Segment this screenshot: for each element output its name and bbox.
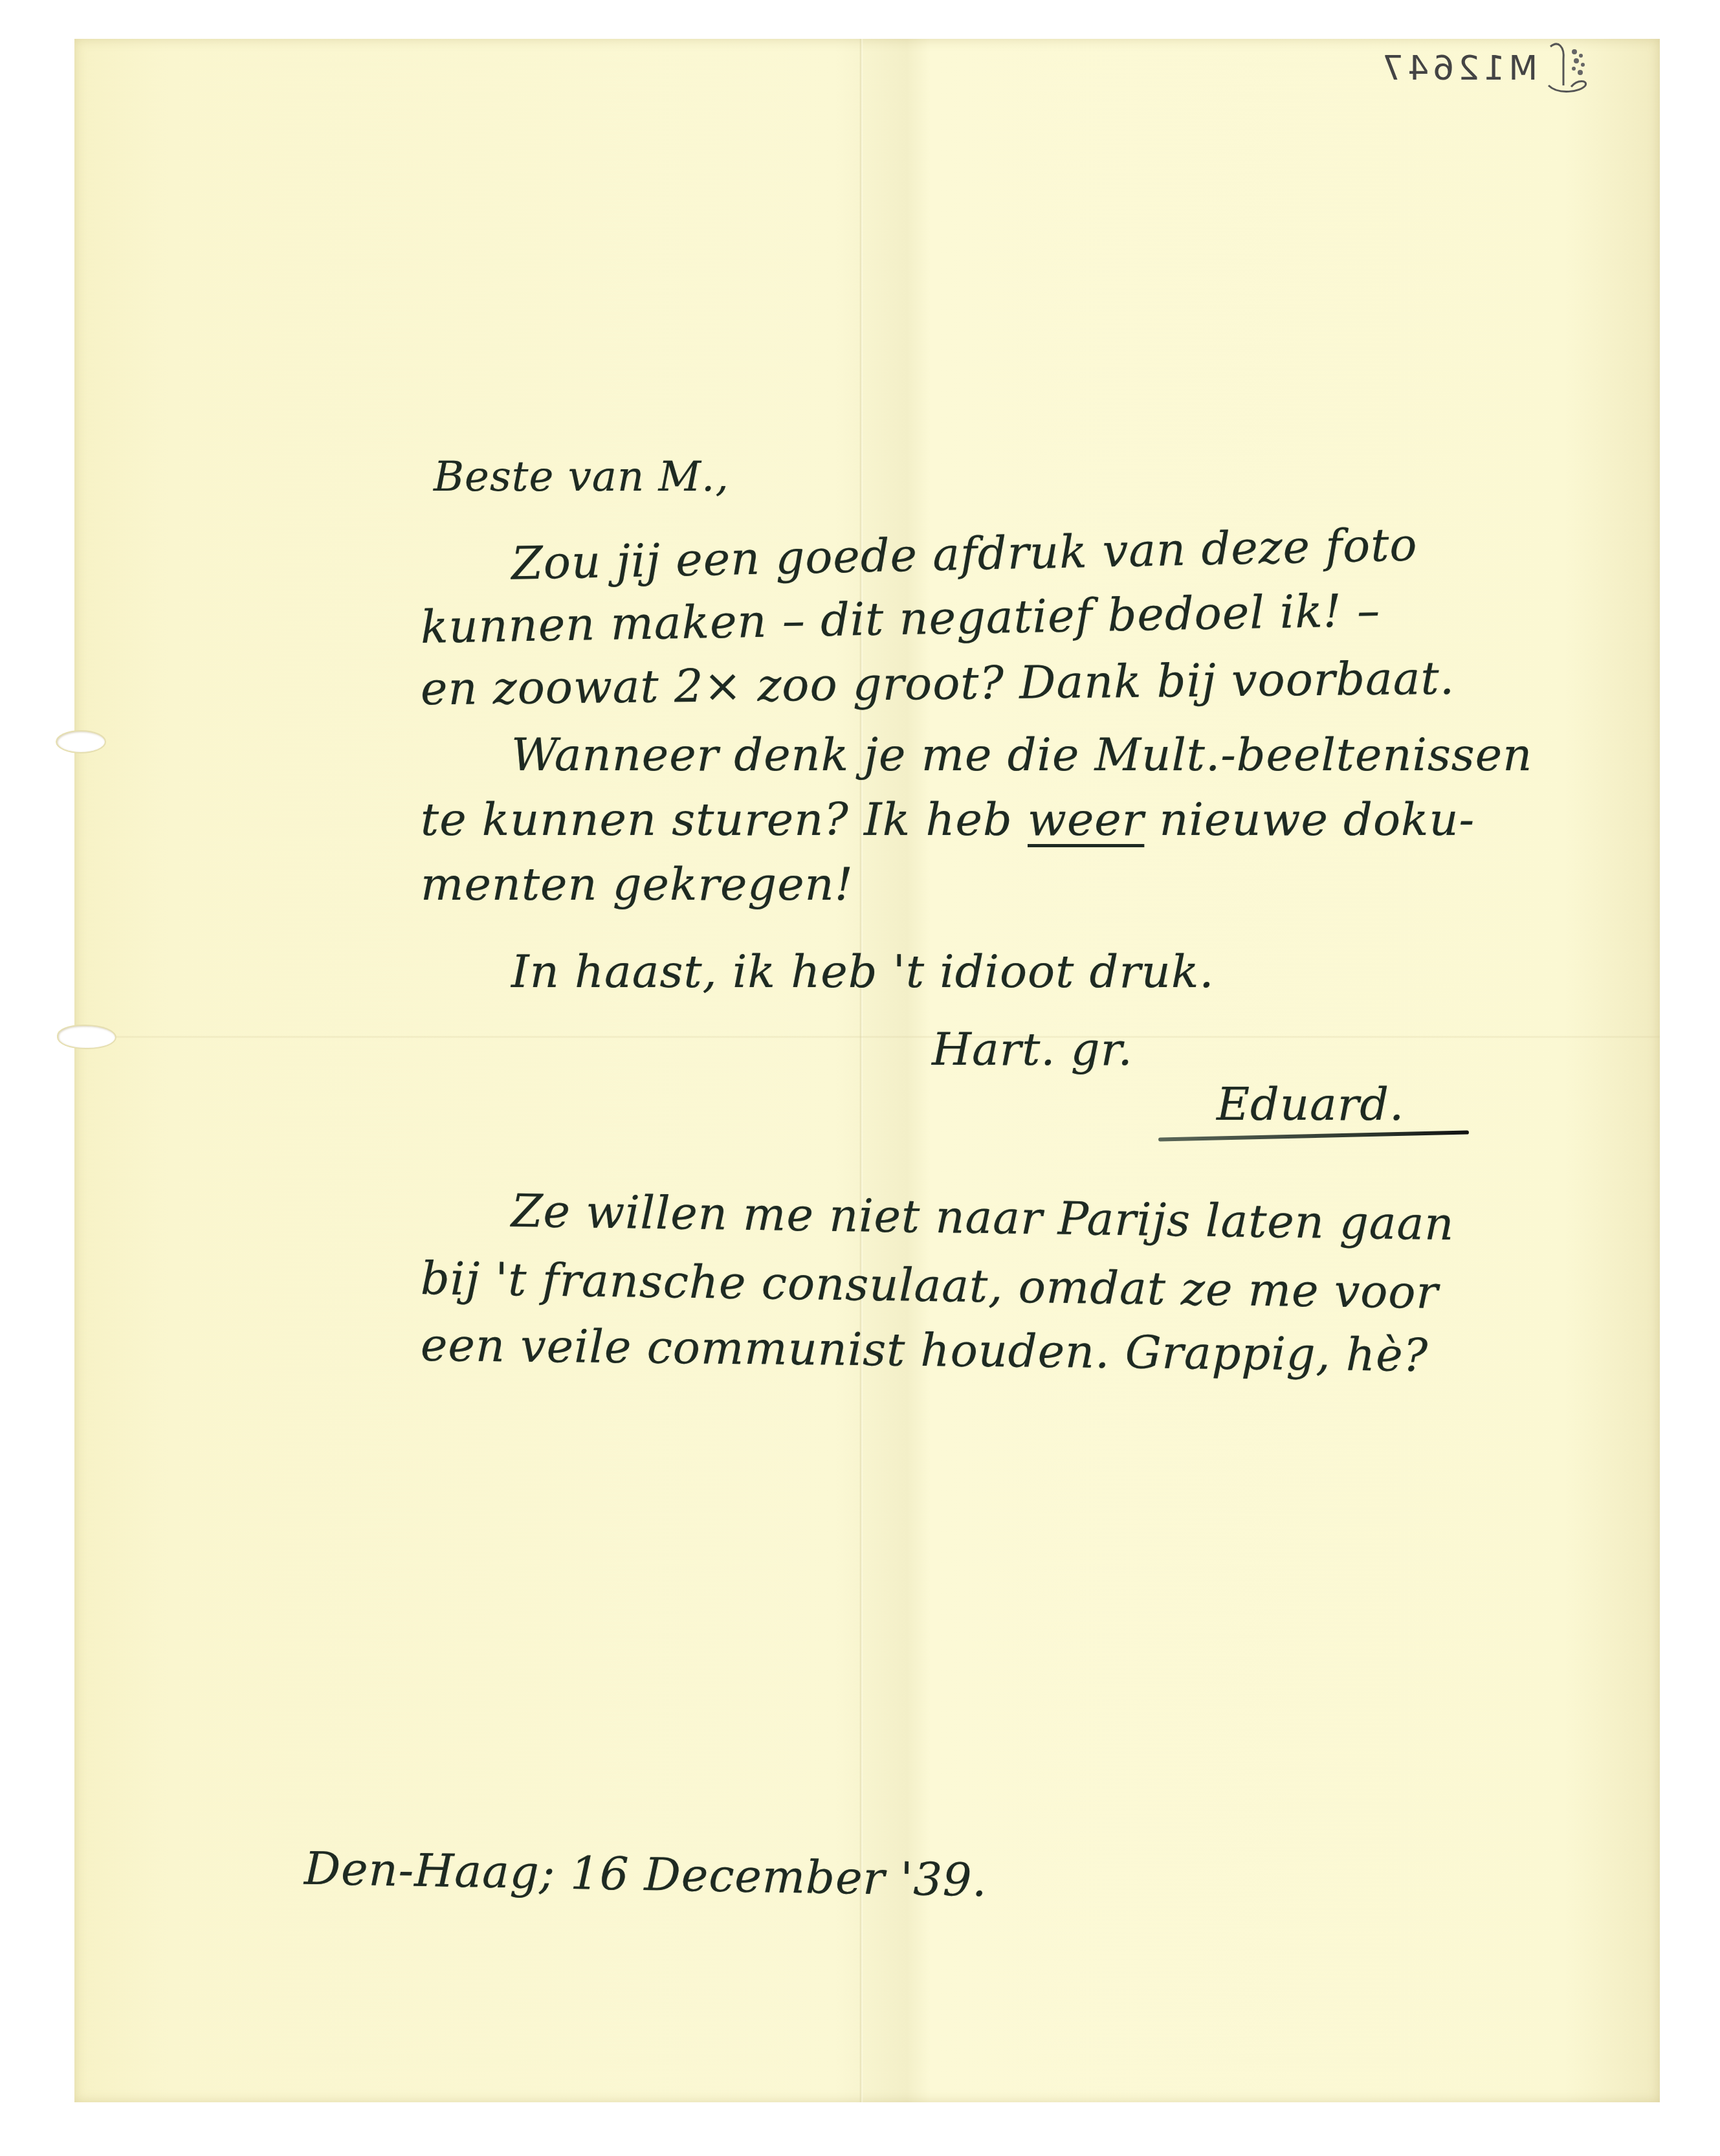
- archive-number: M12647: [1378, 49, 1538, 88]
- underlined-word: weer: [1028, 793, 1144, 846]
- paragraph-2-line-2-start: te kunnen sturen? Ik heb: [421, 793, 1028, 846]
- horizontal-fold-crease: [74, 1036, 1660, 1038]
- paragraph-2-line-2: te kunnen sturen? Ik heb weer nieuwe dok…: [421, 793, 1475, 846]
- paragraph-2-line-2-end: nieuwe doku-: [1144, 793, 1475, 846]
- salutation: Beste van M.,: [434, 453, 729, 501]
- punch-hole-bottom: [58, 1026, 115, 1048]
- paragraph-3-line-1: In haast, ik heb 't idioot druk.: [511, 945, 1215, 998]
- signature: Eduard.: [1217, 1078, 1404, 1131]
- paragraph-2-line-3: menten gekregen!: [421, 858, 854, 911]
- punch-hole-top: [57, 731, 105, 752]
- archive-stamp: M12647: [1378, 40, 1592, 98]
- paragraph-2-line-1: Wanneer denk je me die Mult.-beeltenisse…: [511, 728, 1532, 781]
- postscript-line-3: een veile communist houden. Grappig, hè?: [421, 1318, 1429, 1382]
- paragraph-1-line-3: en zoowat 2× zoo groot? Dank bij voorbaa…: [421, 652, 1455, 716]
- letter-paper: [74, 39, 1660, 2102]
- closing: Hart. gr.: [932, 1023, 1133, 1076]
- vertical-fold-crease: [859, 39, 863, 2102]
- lion-crest-icon: [1545, 40, 1591, 95]
